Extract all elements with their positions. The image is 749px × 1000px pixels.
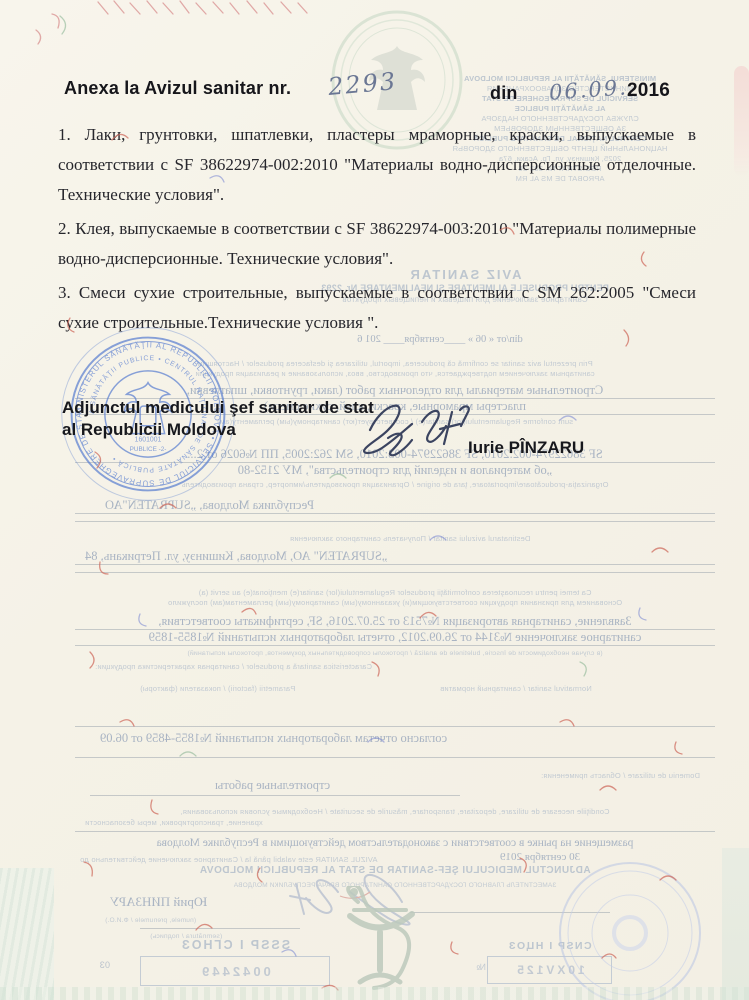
official-name: Iurie PÎNZARU bbox=[468, 438, 584, 458]
scanned-document-page: MINISTERUL SĂNĂTĂŢII AL REPUBLICII MOLDO… bbox=[0, 0, 749, 1000]
official-title-line2: al Republicii Moldova bbox=[62, 419, 374, 441]
official-title: Adjunctul medicului şef sanitar de stat … bbox=[62, 397, 374, 441]
right-green-band bbox=[722, 848, 749, 1000]
top-hatch-marks bbox=[36, 1, 307, 44]
security-fibers bbox=[0, 0, 749, 1000]
signature bbox=[352, 396, 477, 464]
top-right-pink-streak bbox=[734, 66, 749, 176]
bottom-green-band bbox=[0, 987, 749, 1000]
official-title-line1: Adjunctul medicului şef sanitar de stat bbox=[62, 397, 374, 419]
left-teal-band bbox=[0, 868, 54, 1000]
